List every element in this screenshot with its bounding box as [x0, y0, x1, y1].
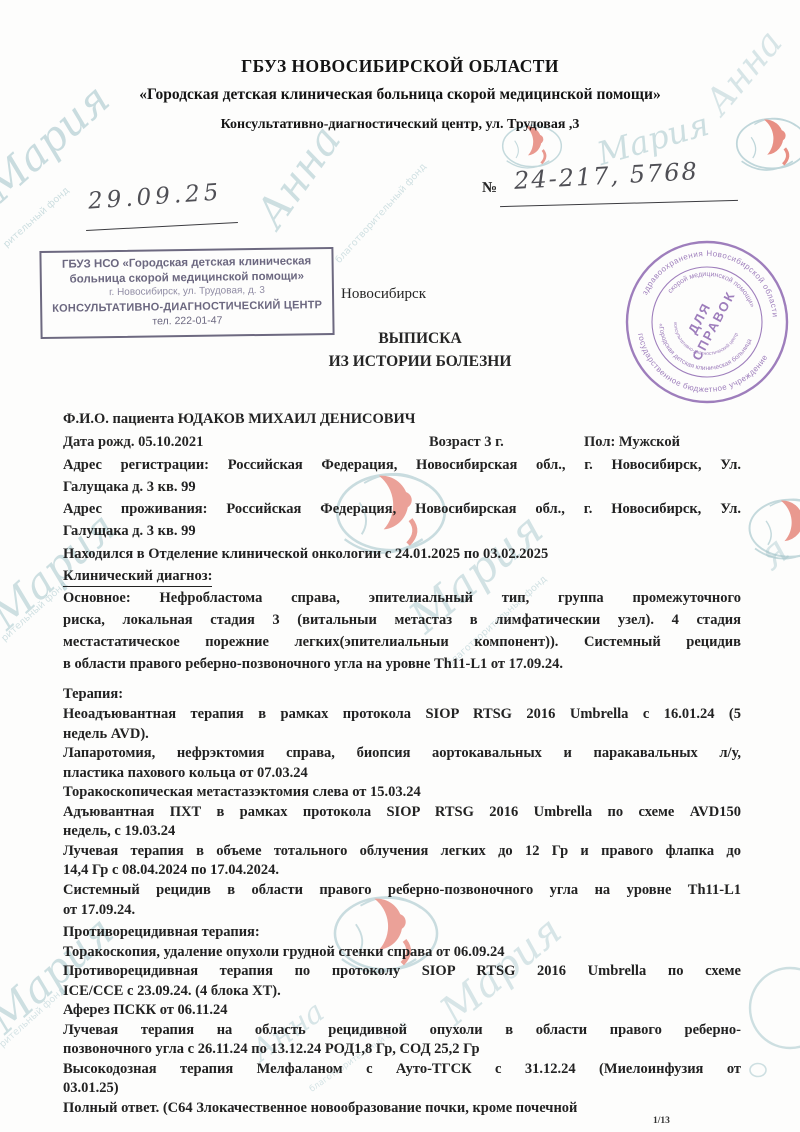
therapy-line: Лучевая терапия в объеме тотального облу… [63, 843, 741, 860]
relapse-line: 03.01.25) [63, 1080, 741, 1097]
patient-res-address: Адрес проживания: Российская Федерация, … [63, 501, 741, 518]
watermark-fund-mid-left: рительный фонд [0, 579, 70, 644]
patient-sex: Пол: Мужской [584, 434, 680, 451]
patient-birth: Дата рожд. 05.10.2021 [63, 434, 203, 451]
relapse-line: позвоночного угла с 26.11.24 по 13.12.24… [63, 1041, 741, 1058]
watermark-fund-top-left: рительный фонд [1, 185, 71, 250]
therapy-line: пластика пахового кольца от 07.03.24 [63, 765, 741, 782]
number-underline [500, 200, 738, 207]
therapy-line: Системный рецидив в области правого ребе… [63, 882, 741, 899]
footer-line: Полный ответ. (С64 Злокачественное новоо… [63, 1100, 741, 1117]
round-stamp: здравоохранения Новосибирской области го… [609, 224, 800, 421]
watermark-ya-mid-right: я [748, 527, 798, 579]
therapy-line: Неоадъювантная терапия в рамках протокол… [63, 706, 741, 723]
watermark-anna-top-center: Анна [246, 116, 350, 236]
patient-stay: Находился в Отделение клинической онколо… [63, 546, 741, 563]
relapse-line: Торакоскопия, удаление опухоли грудной с… [63, 944, 741, 961]
diagnosis-line: в области правого реберно-позвоночного у… [63, 656, 741, 673]
diagnosis-heading: Клинический диагноз: [63, 568, 741, 587]
watermark-fund-bottom-left: рительный фонд [0, 985, 68, 1050]
handwritten-date: 29.09.25 [87, 179, 223, 214]
date-underline [86, 222, 238, 231]
page-number: 1/13 [653, 1116, 670, 1126]
relapse-heading: Противорецидивная терапия: [63, 924, 741, 941]
therapy-line: Торакоскопическая метастазэктомия слева … [63, 784, 741, 801]
therapy-line: 14,4 Гр с 08.04.2024 по 17.04.2024. [63, 862, 741, 879]
therapy-heading: Терапия: [63, 686, 741, 703]
watermark-fund-top-center: благотворительный фонд [333, 161, 428, 265]
charity-logo-icon [744, 488, 800, 574]
address-stamp: ГБУЗ НСО «Городская детская клиническая … [39, 247, 334, 339]
handwritten-number: 24-217, 5768 [513, 157, 699, 195]
diagnosis-line: Основное: Нефробластома справа, эпителиа… [63, 590, 741, 607]
relapse-line: Высокодозная терапия Мелфаланом с Ауто-Т… [63, 1061, 741, 1078]
patient-age: Возраст 3 г. [429, 434, 504, 451]
relapse-line: Аферез ПСКК от 06.11.24 [63, 1002, 741, 1019]
therapy-line: недель AVD). [63, 726, 741, 743]
patient-fio: Ф.И.О. пациента ЮДАКОВ МИХАИЛ ДЕНИСОВИЧ [63, 411, 741, 428]
diagnosis-line: местастатическое порежние легких(эпители… [63, 634, 741, 651]
patient-reg-address: Галущака д. 3 кв. 99 [63, 479, 741, 496]
relapse-line: ICE/CCE с 23.09.24. (4 блока ХТ). [63, 983, 741, 1000]
number-label: № [482, 180, 497, 197]
therapy-line: Лапаротомия, нефрэктомия справа, биопсия… [63, 745, 741, 762]
relapse-line: Противорецидивная терапия по протоколу S… [63, 963, 741, 980]
org-dept-line: Консультативно-диагностический центр, ул… [0, 117, 800, 133]
therapy-line: Адъювантная ПХТ в рамках протокола SIOP … [63, 804, 741, 821]
watermark-oval-bottom-right [748, 1062, 768, 1078]
city-label: Новосибирск [341, 286, 426, 303]
therapy-line: от 17.09.24. [63, 902, 741, 919]
patient-res-address: Галущака д. 3 кв. 99 [63, 523, 741, 540]
patient-reg-address: Адрес регистрации: Российская Федерация,… [63, 457, 741, 474]
org-name-line1: ГБУЗ НОВОСИБИРСКОЙ ОБЛАСТИ [0, 56, 800, 77]
org-name-line2: «Городская детская клиническая больница … [0, 86, 800, 104]
relapse-line: Лучевая терапия на область рецидивной оп… [63, 1022, 741, 1039]
scanned-document-page: Мария рительный фонд Анна благотворитель… [0, 0, 800, 1132]
watermark-circle-bottom-right [738, 960, 800, 1060]
diagnosis-line: риска, локальная стадия 3 (витальныи мет… [63, 612, 741, 629]
therapy-line: недель, с 19.03.24 [63, 823, 741, 840]
